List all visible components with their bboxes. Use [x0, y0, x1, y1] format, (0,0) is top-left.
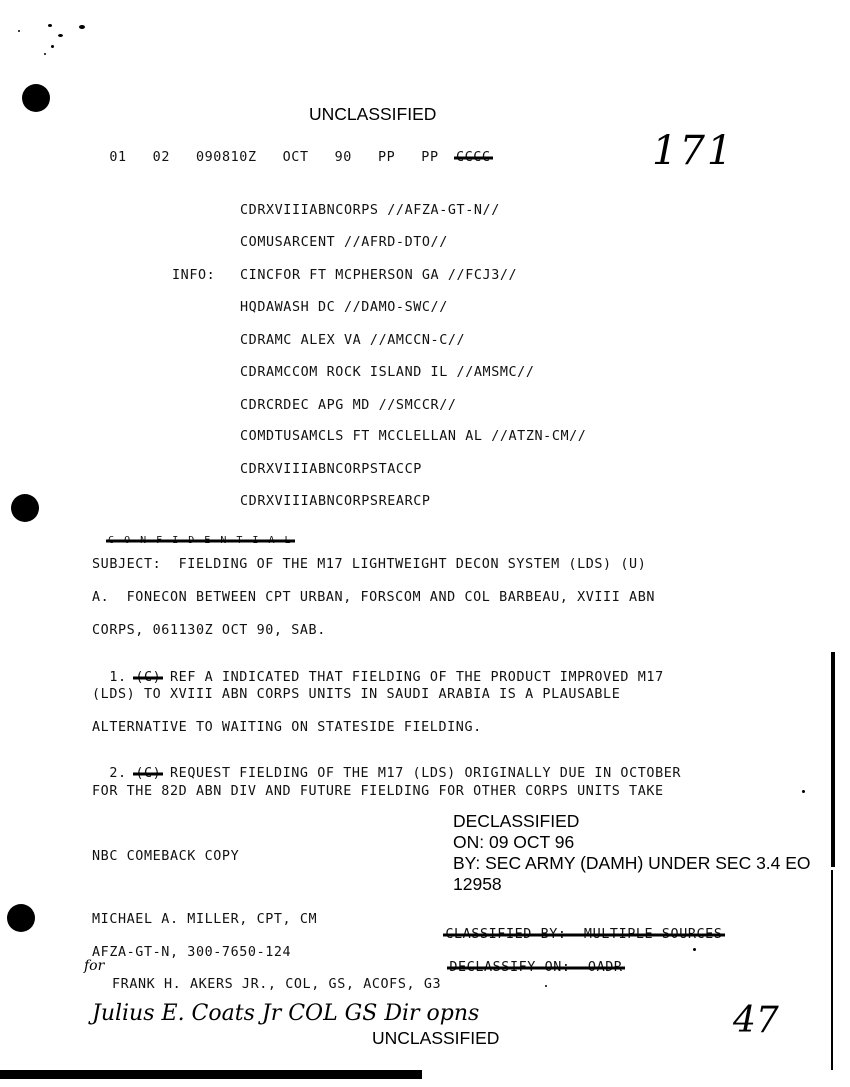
subject-line: SUBJECT: FIELDING OF THE M17 LIGHTWEIGHT… — [92, 557, 646, 572]
info-addressee: HQDAWASH DC //DAMO-SWC// — [240, 300, 448, 315]
margin-bar — [831, 652, 835, 867]
hole-punch-middle — [11, 494, 39, 522]
info-label: INFO: — [172, 268, 215, 283]
info-addressee: CDRCRDEC APG MD //SMCCR// — [240, 398, 457, 413]
signature: Julius E. Coats Jr COL GS Dir opns — [92, 1001, 479, 1026]
routing-field: PP — [378, 150, 395, 165]
hole-punch-top — [22, 84, 50, 112]
margin-bar — [831, 870, 833, 1070]
routing-field: 90 — [335, 150, 352, 165]
handwritten-page-number-top: 171 — [652, 128, 734, 174]
declassify-on-struck: DECLASSIFY ON: OADR — [432, 945, 623, 975]
scan-speck — [545, 985, 547, 987]
bottom-bar — [0, 1070, 422, 1079]
struck-para-marking: (C) — [135, 766, 161, 781]
routing-line: 01 02 090810Z OCT 90 PP PP CCCC — [92, 135, 491, 165]
paragraph-1-cont: (LDS) TO XVIII ABN CORPS UNITS IN SAUDI … — [92, 687, 620, 702]
info-addressee: COMDTUSAMCLS FT MCCLELLAN AL //ATZN-CM// — [240, 429, 586, 444]
scan-speck — [44, 53, 46, 55]
handwritten-page-number-bottom: 47 — [733, 1000, 779, 1041]
struck-classification-banner: C O N F I D E N T I A L — [92, 524, 293, 546]
drafter-office: AFZA-GT-N, 300-7650-124 — [92, 945, 291, 960]
info-addressee: CDRXVIIIABNCORPSTACCP — [240, 462, 422, 477]
scan-speck — [79, 25, 85, 29]
classification-top: UNCLASSIFIED — [309, 104, 436, 125]
routing-dtg: 090810Z — [196, 150, 257, 165]
routing-field: OCT — [283, 150, 309, 165]
reference-a: A. FONECON BETWEEN CPT URBAN, FORSCOM AN… — [92, 590, 655, 605]
declassification-stamp: DECLASSIFIED ON: 09 OCT 96 BY: SEC ARMY … — [453, 811, 811, 895]
scan-speck — [48, 24, 52, 27]
classification-bottom: UNCLASSIFIED — [372, 1028, 499, 1049]
scan-speck — [18, 30, 20, 32]
reference-a-cont: CORPS, 061130Z OCT 90, SAB. — [92, 623, 326, 638]
paragraph-1-cont: ALTERNATIVE TO WAITING ON STATESIDE FIEL… — [92, 720, 482, 735]
drafter-name: MICHAEL A. MILLER, CPT, CM — [92, 912, 317, 927]
releaser-name: FRANK H. AKERS JR., COL, GS, ACOFS, G3 — [112, 977, 441, 992]
paragraph-2-cont: FOR THE 82D ABN DIV AND FUTURE FIELDING … — [92, 784, 664, 799]
scan-speck — [51, 45, 54, 48]
info-addressee: CDRAMCCOM ROCK ISLAND IL //AMSMC// — [240, 365, 535, 380]
classified-by-struck: CLASSIFIED BY: MULTIPLE SOURCES — [428, 912, 723, 942]
info-addressee: CINCFOR FT MCPHERSON GA //FCJ3// — [240, 268, 517, 283]
copy-label: NBC COMEBACK COPY — [92, 849, 239, 864]
info-addressee: CDRAMC ALEX VA //AMCCN-C// — [240, 333, 465, 348]
action-addressee: CDRXVIIIABNCORPS //AFZA-GT-N// — [240, 203, 500, 218]
paragraph-2: 2. (C) REQUEST FIELDING OF THE M17 (LDS)… — [92, 751, 681, 781]
info-addressee: CDRXVIIIABNCORPSREARCP — [240, 494, 431, 509]
scan-speck — [58, 34, 63, 37]
struck-para-marking: (C) — [135, 670, 161, 685]
paragraph-1: 1. (C) REF A INDICATED THAT FIELDING OF … — [92, 655, 664, 685]
routing-field: 01 — [109, 150, 126, 165]
routing-field: PP — [421, 150, 438, 165]
scan-speck — [802, 790, 805, 793]
scan-speck — [693, 948, 696, 951]
releaser-for-annotation: for — [84, 958, 104, 974]
struck-classification-code: CCCC — [456, 150, 491, 165]
hole-punch-bottom — [7, 904, 35, 932]
routing-field: 02 — [153, 150, 170, 165]
action-addressee: COMUSARCENT //AFRD-DTO// — [240, 235, 448, 250]
